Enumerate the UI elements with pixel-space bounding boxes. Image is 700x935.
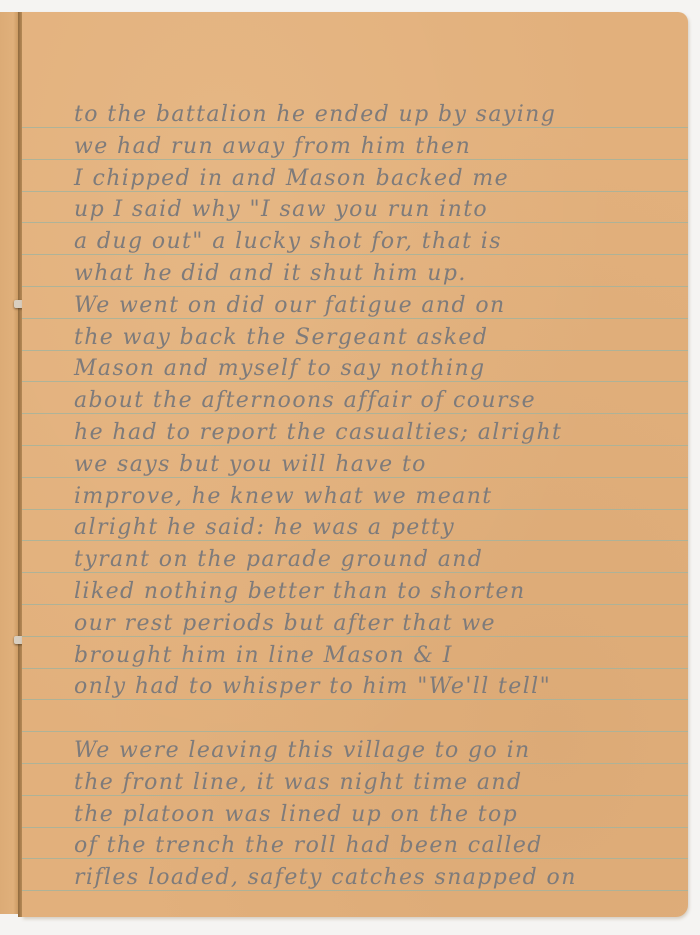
handwritten-line: We were leaving this village to go in — [74, 736, 684, 766]
handwritten-line: of the trench the roll had been called — [74, 831, 684, 861]
handwritten-line: our rest periods but after that we — [74, 609, 684, 639]
handwritten-line: We went on did our fatigue and on — [74, 291, 684, 321]
handwritten-line: brought him in line Mason & I — [74, 641, 684, 671]
scanned-notebook: to the battalion he ended up by saying w… — [0, 0, 700, 935]
handwritten-line: a dug out" a lucky shot for, that is — [74, 227, 684, 257]
handwritten-line: the platoon was lined up on the top — [74, 800, 684, 830]
notebook-page: to the battalion he ended up by saying w… — [22, 12, 688, 917]
handwritten-line: rifles loaded, safety catches snapped on — [74, 863, 684, 893]
handwritten-line: to the battalion he ended up by saying — [74, 100, 684, 130]
handwritten-line: the front line, it was night time and — [74, 768, 684, 798]
ruled-line — [22, 731, 688, 732]
handwritten-line: the way back the Sergeant asked — [74, 323, 684, 353]
facing-page-rules — [0, 12, 19, 914]
handwritten-line: we had run away from him then — [74, 132, 684, 162]
handwritten-line: only had to whisper to him "We'll tell" — [74, 672, 684, 702]
handwritten-line: liked nothing better than to shorten — [74, 577, 684, 607]
handwritten-line: about the afternoons affair of course — [74, 386, 684, 416]
handwritten-line: up I said why "I saw you run into — [74, 195, 684, 225]
facing-page-edge — [0, 12, 19, 914]
handwritten-line: I chipped in and Mason backed me — [74, 164, 684, 194]
handwritten-line: we says but you will have to — [74, 450, 684, 480]
handwritten-line: tyrant on the parade ground and — [74, 545, 684, 575]
handwritten-line: what he did and it shut him up. — [74, 259, 684, 289]
handwritten-line: alright he said: he was a petty — [74, 513, 684, 543]
handwritten-line: Mason and myself to say nothing — [74, 354, 684, 384]
handwritten-line: improve, he knew what we meant — [74, 482, 684, 512]
handwritten-line: he had to report the casualties; alright — [74, 418, 684, 448]
